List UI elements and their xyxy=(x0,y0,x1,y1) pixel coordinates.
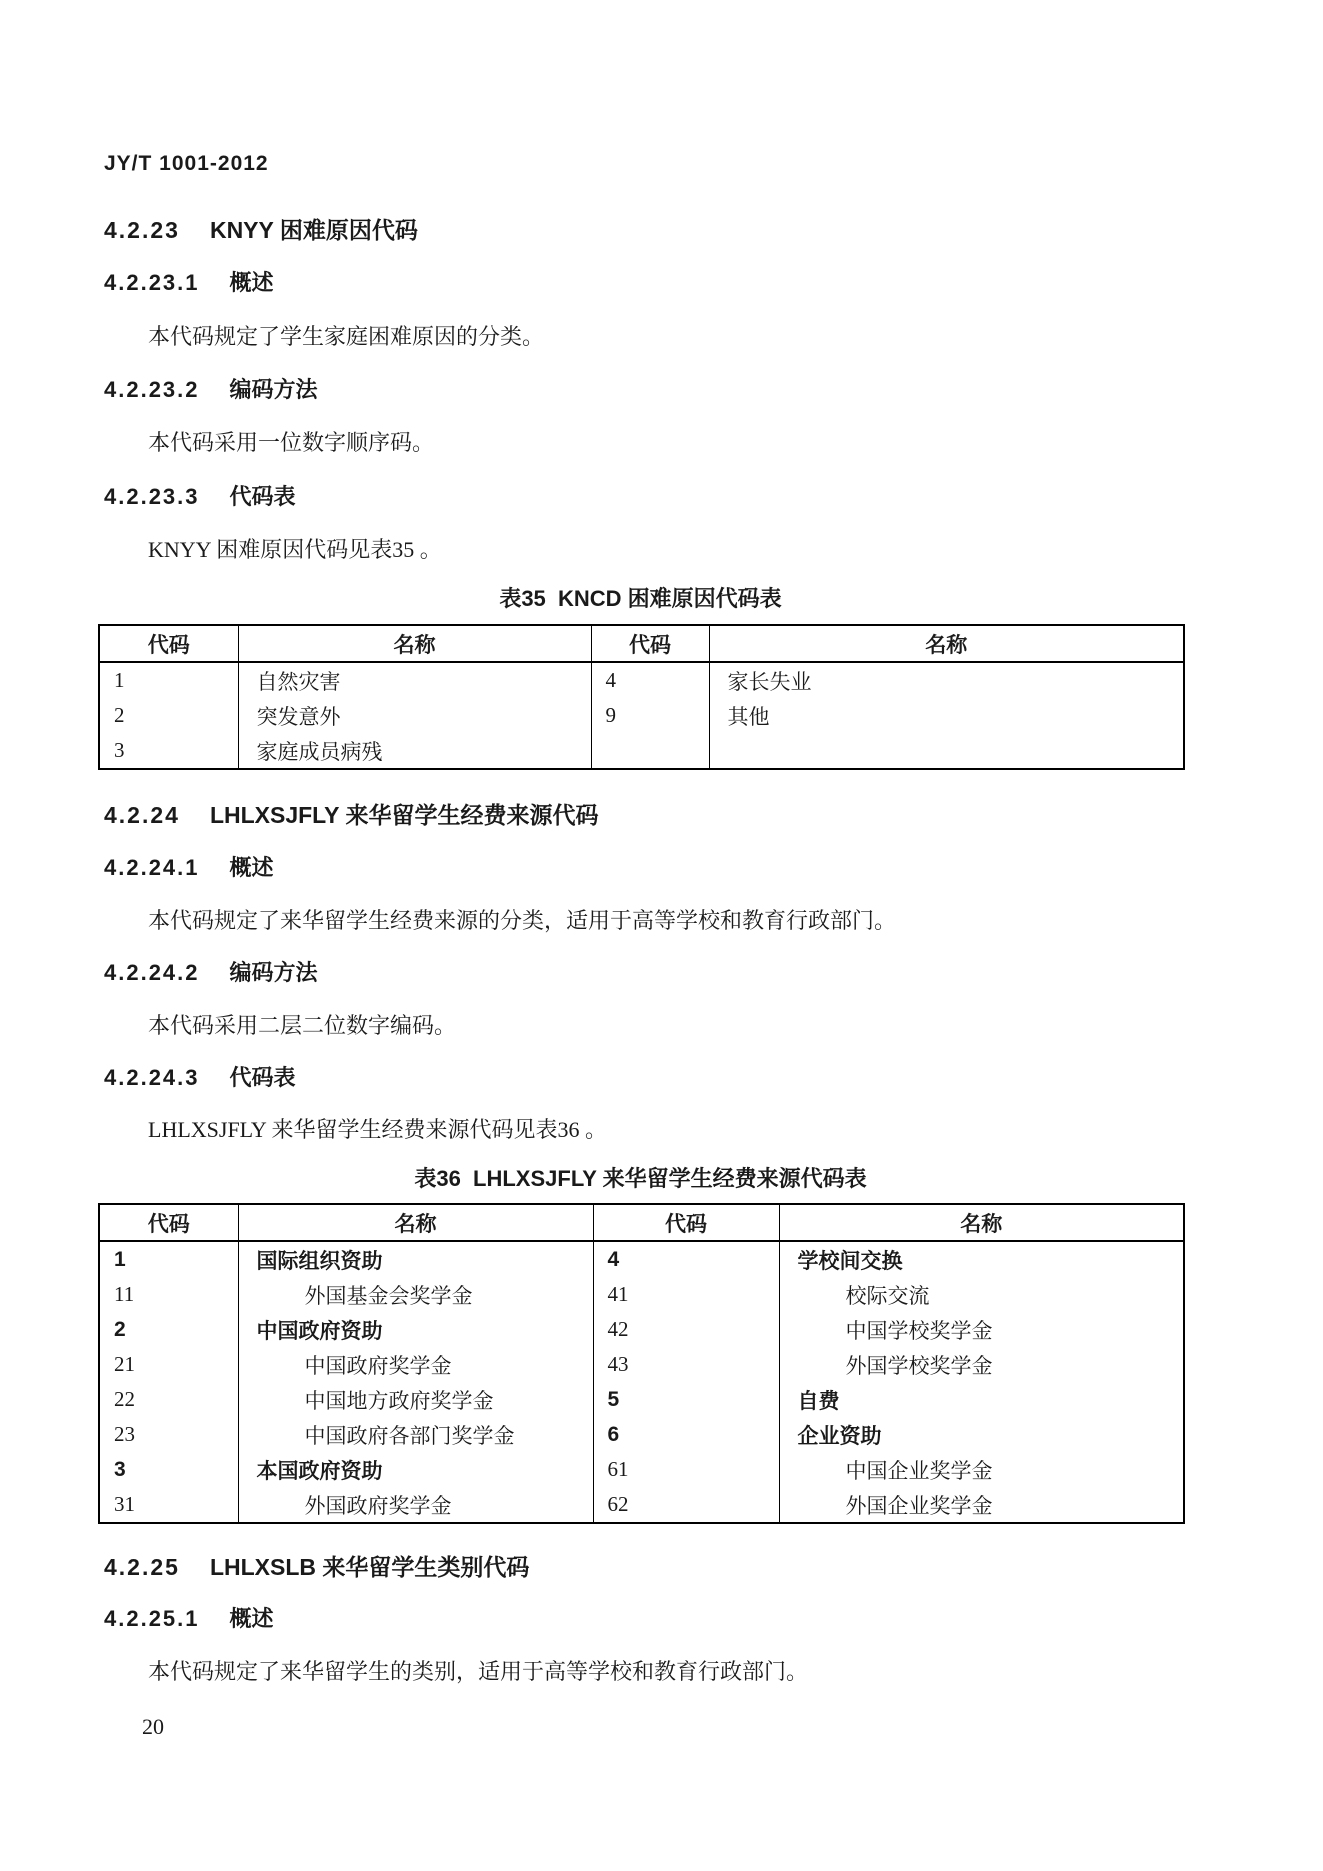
code-cell: 4 xyxy=(591,662,709,698)
section-number: 4.2.24 xyxy=(104,802,180,828)
column-header-name-2: 名称 xyxy=(779,1204,1184,1241)
section-title: 概述 xyxy=(230,1606,274,1631)
name-cell: 外国企业奖学金 xyxy=(779,1487,1184,1523)
section-number: 4.2.24.2 xyxy=(104,960,200,985)
table-row: 11 外国基金会奖学金 41 校际交流 xyxy=(99,1277,1184,1312)
name-cell: 突发意外 xyxy=(238,698,591,733)
table-row: 1 国际组织资助 4 学校间交换 xyxy=(99,1241,1184,1277)
code-cell: 1 xyxy=(99,1241,238,1277)
section-heading-4-2-24-3: 4.2.24.3代码表 xyxy=(104,1061,296,1092)
table35-caption: 表35 KNCD 困难原因代码表 xyxy=(98,582,1183,613)
column-header-name-2: 名称 xyxy=(709,625,1184,662)
name-cell: 中国政府各部门奖学金 xyxy=(238,1417,593,1452)
name-cell: 家长失业 xyxy=(709,662,1184,698)
section-number: 4.2.23.2 xyxy=(104,377,200,402)
name-cell: 外国学校奖学金 xyxy=(779,1347,1184,1382)
code-cell: 61 xyxy=(593,1452,779,1487)
code-cell: 5 xyxy=(593,1382,779,1417)
table36-container: 代码 名称 代码 名称 1 国际组织资助 4 学校间交换 11 外国基金会奖学金… xyxy=(98,1203,1185,1524)
code-cell: 22 xyxy=(99,1382,238,1417)
table36: 代码 名称 代码 名称 1 国际组织资助 4 学校间交换 11 外国基金会奖学金… xyxy=(98,1203,1185,1524)
paragraph-table-ref-23: KNYY 困难原因代码见表35 。 xyxy=(104,533,1224,564)
section-heading-4-2-23: 4.2.23KNYY 困难原因代码 xyxy=(104,212,418,245)
code-cell: 3 xyxy=(99,1452,238,1487)
table-header-row: 代码 名称 代码 名称 xyxy=(99,1204,1184,1241)
section-heading-4-2-25-1: 4.2.25.1概述 xyxy=(104,1602,274,1633)
section-title: 概述 xyxy=(230,270,274,295)
column-header-name-1: 名称 xyxy=(238,1204,593,1241)
column-header-code-1: 代码 xyxy=(99,1204,238,1241)
table-header-row: 代码 名称 代码 名称 xyxy=(99,625,1184,662)
name-cell: 自费 xyxy=(779,1382,1184,1417)
paragraph-overview-23: 本代码规定了学生家庭困难原因的分类。 xyxy=(104,320,1224,351)
section-heading-4-2-24: 4.2.24LHLXSJFLY 来华留学生经费来源代码 xyxy=(104,797,598,830)
table-row: 23 中国政府各部门奖学金 6 企业资助 xyxy=(99,1417,1184,1452)
document-page: JY/T 1001-2012 4.2.23KNYY 困难原因代码 4.2.23.… xyxy=(0,0,1323,1871)
name-cell: 中国学校奖学金 xyxy=(779,1312,1184,1347)
code-cell: 2 xyxy=(99,698,238,733)
paragraph-method-23: 本代码采用一位数字顺序码。 xyxy=(104,426,1224,457)
section-title: 代码表 xyxy=(230,484,296,509)
column-header-code-2: 代码 xyxy=(593,1204,779,1241)
table-row: 3 家庭成员病残 xyxy=(99,733,1184,769)
name-cell: 本国政府资助 xyxy=(238,1452,593,1487)
paragraph-overview-25: 本代码规定了来华留学生的类别，适用于高等学校和教育行政部门。 xyxy=(104,1655,1224,1686)
section-heading-4-2-24-2: 4.2.24.2编码方法 xyxy=(104,956,318,987)
name-cell: 中国企业奖学金 xyxy=(779,1452,1184,1487)
section-number: 4.2.25 xyxy=(104,1554,180,1580)
section-title: LHLXSJFLY 来华留学生经费来源代码 xyxy=(210,802,598,828)
column-header-code-2: 代码 xyxy=(591,625,709,662)
code-cell: 42 xyxy=(593,1312,779,1347)
code-cell: 3 xyxy=(99,733,238,769)
doc-number-header: JY/T 1001-2012 xyxy=(104,152,269,176)
column-header-name-1: 名称 xyxy=(238,625,591,662)
paragraph-method-24: 本代码采用二层二位数字编码。 xyxy=(104,1009,1224,1040)
section-number: 4.2.23 xyxy=(104,217,180,243)
code-cell: 43 xyxy=(593,1347,779,1382)
paragraph-table-ref-24: LHLXSJFLY 来华留学生经费来源代码见表36 。 xyxy=(104,1113,1224,1144)
name-cell: 校际交流 xyxy=(779,1277,1184,1312)
table-row: 3 本国政府资助 61 中国企业奖学金 xyxy=(99,1452,1184,1487)
table-row: 22 中国地方政府奖学金 5 自费 xyxy=(99,1382,1184,1417)
table-row: 2 中国政府资助 42 中国学校奖学金 xyxy=(99,1312,1184,1347)
name-cell: 中国政府资助 xyxy=(238,1312,593,1347)
name-cell: 自然灾害 xyxy=(238,662,591,698)
table-row: 31 外国政府奖学金 62 外国企业奖学金 xyxy=(99,1487,1184,1523)
section-heading-4-2-24-1: 4.2.24.1概述 xyxy=(104,851,274,882)
table-row: 1 自然灾害 4 家长失业 xyxy=(99,662,1184,698)
section-title: 代码表 xyxy=(230,1065,296,1090)
section-title: KNYY 困难原因代码 xyxy=(210,217,418,243)
paragraph-overview-24: 本代码规定了来华留学生经费来源的分类，适用于高等学校和教育行政部门。 xyxy=(104,904,1224,935)
table35-container: 代码 名称 代码 名称 1 自然灾害 4 家长失业 2 突发意外 9 其他 3 … xyxy=(98,624,1185,770)
name-cell: 企业资助 xyxy=(779,1417,1184,1452)
table-row: 2 突发意外 9 其他 xyxy=(99,698,1184,733)
section-number: 4.2.23.1 xyxy=(104,270,200,295)
code-cell: 31 xyxy=(99,1487,238,1523)
code-cell: 21 xyxy=(99,1347,238,1382)
code-cell: 1 xyxy=(99,662,238,698)
code-cell: 41 xyxy=(593,1277,779,1312)
section-heading-4-2-23-1: 4.2.23.1概述 xyxy=(104,266,274,297)
code-cell: 9 xyxy=(591,698,709,733)
name-cell: 中国地方政府奖学金 xyxy=(238,1382,593,1417)
name-cell: 学校间交换 xyxy=(779,1241,1184,1277)
section-heading-4-2-23-3: 4.2.23.3代码表 xyxy=(104,480,296,511)
code-cell xyxy=(591,733,709,769)
table36-caption: 表36 LHLXSJFLY 来华留学生经费来源代码表 xyxy=(98,1162,1183,1193)
code-cell: 4 xyxy=(593,1241,779,1277)
section-number: 4.2.25.1 xyxy=(104,1606,200,1631)
section-title: 概述 xyxy=(230,855,274,880)
section-number: 4.2.23.3 xyxy=(104,484,200,509)
name-cell: 家庭成员病残 xyxy=(238,733,591,769)
table-row: 21 中国政府奖学金 43 外国学校奖学金 xyxy=(99,1347,1184,1382)
section-heading-4-2-23-2: 4.2.23.2编码方法 xyxy=(104,373,318,404)
section-heading-4-2-25: 4.2.25LHLXSLB 来华留学生类别代码 xyxy=(104,1549,529,1582)
section-title: 编码方法 xyxy=(230,960,318,985)
section-title: 编码方法 xyxy=(230,377,318,402)
code-cell: 11 xyxy=(99,1277,238,1312)
code-cell: 23 xyxy=(99,1417,238,1452)
section-title: LHLXSLB 来华留学生类别代码 xyxy=(210,1554,529,1580)
name-cell: 中国政府奖学金 xyxy=(238,1347,593,1382)
section-number: 4.2.24.3 xyxy=(104,1065,200,1090)
page-number: 20 xyxy=(142,1714,164,1740)
name-cell xyxy=(709,733,1184,769)
code-cell: 6 xyxy=(593,1417,779,1452)
section-number: 4.2.24.1 xyxy=(104,855,200,880)
table35: 代码 名称 代码 名称 1 自然灾害 4 家长失业 2 突发意外 9 其他 3 … xyxy=(98,624,1185,770)
name-cell: 其他 xyxy=(709,698,1184,733)
name-cell: 国际组织资助 xyxy=(238,1241,593,1277)
name-cell: 外国基金会奖学金 xyxy=(238,1277,593,1312)
name-cell: 外国政府奖学金 xyxy=(238,1487,593,1523)
column-header-code-1: 代码 xyxy=(99,625,238,662)
code-cell: 62 xyxy=(593,1487,779,1523)
code-cell: 2 xyxy=(99,1312,238,1347)
